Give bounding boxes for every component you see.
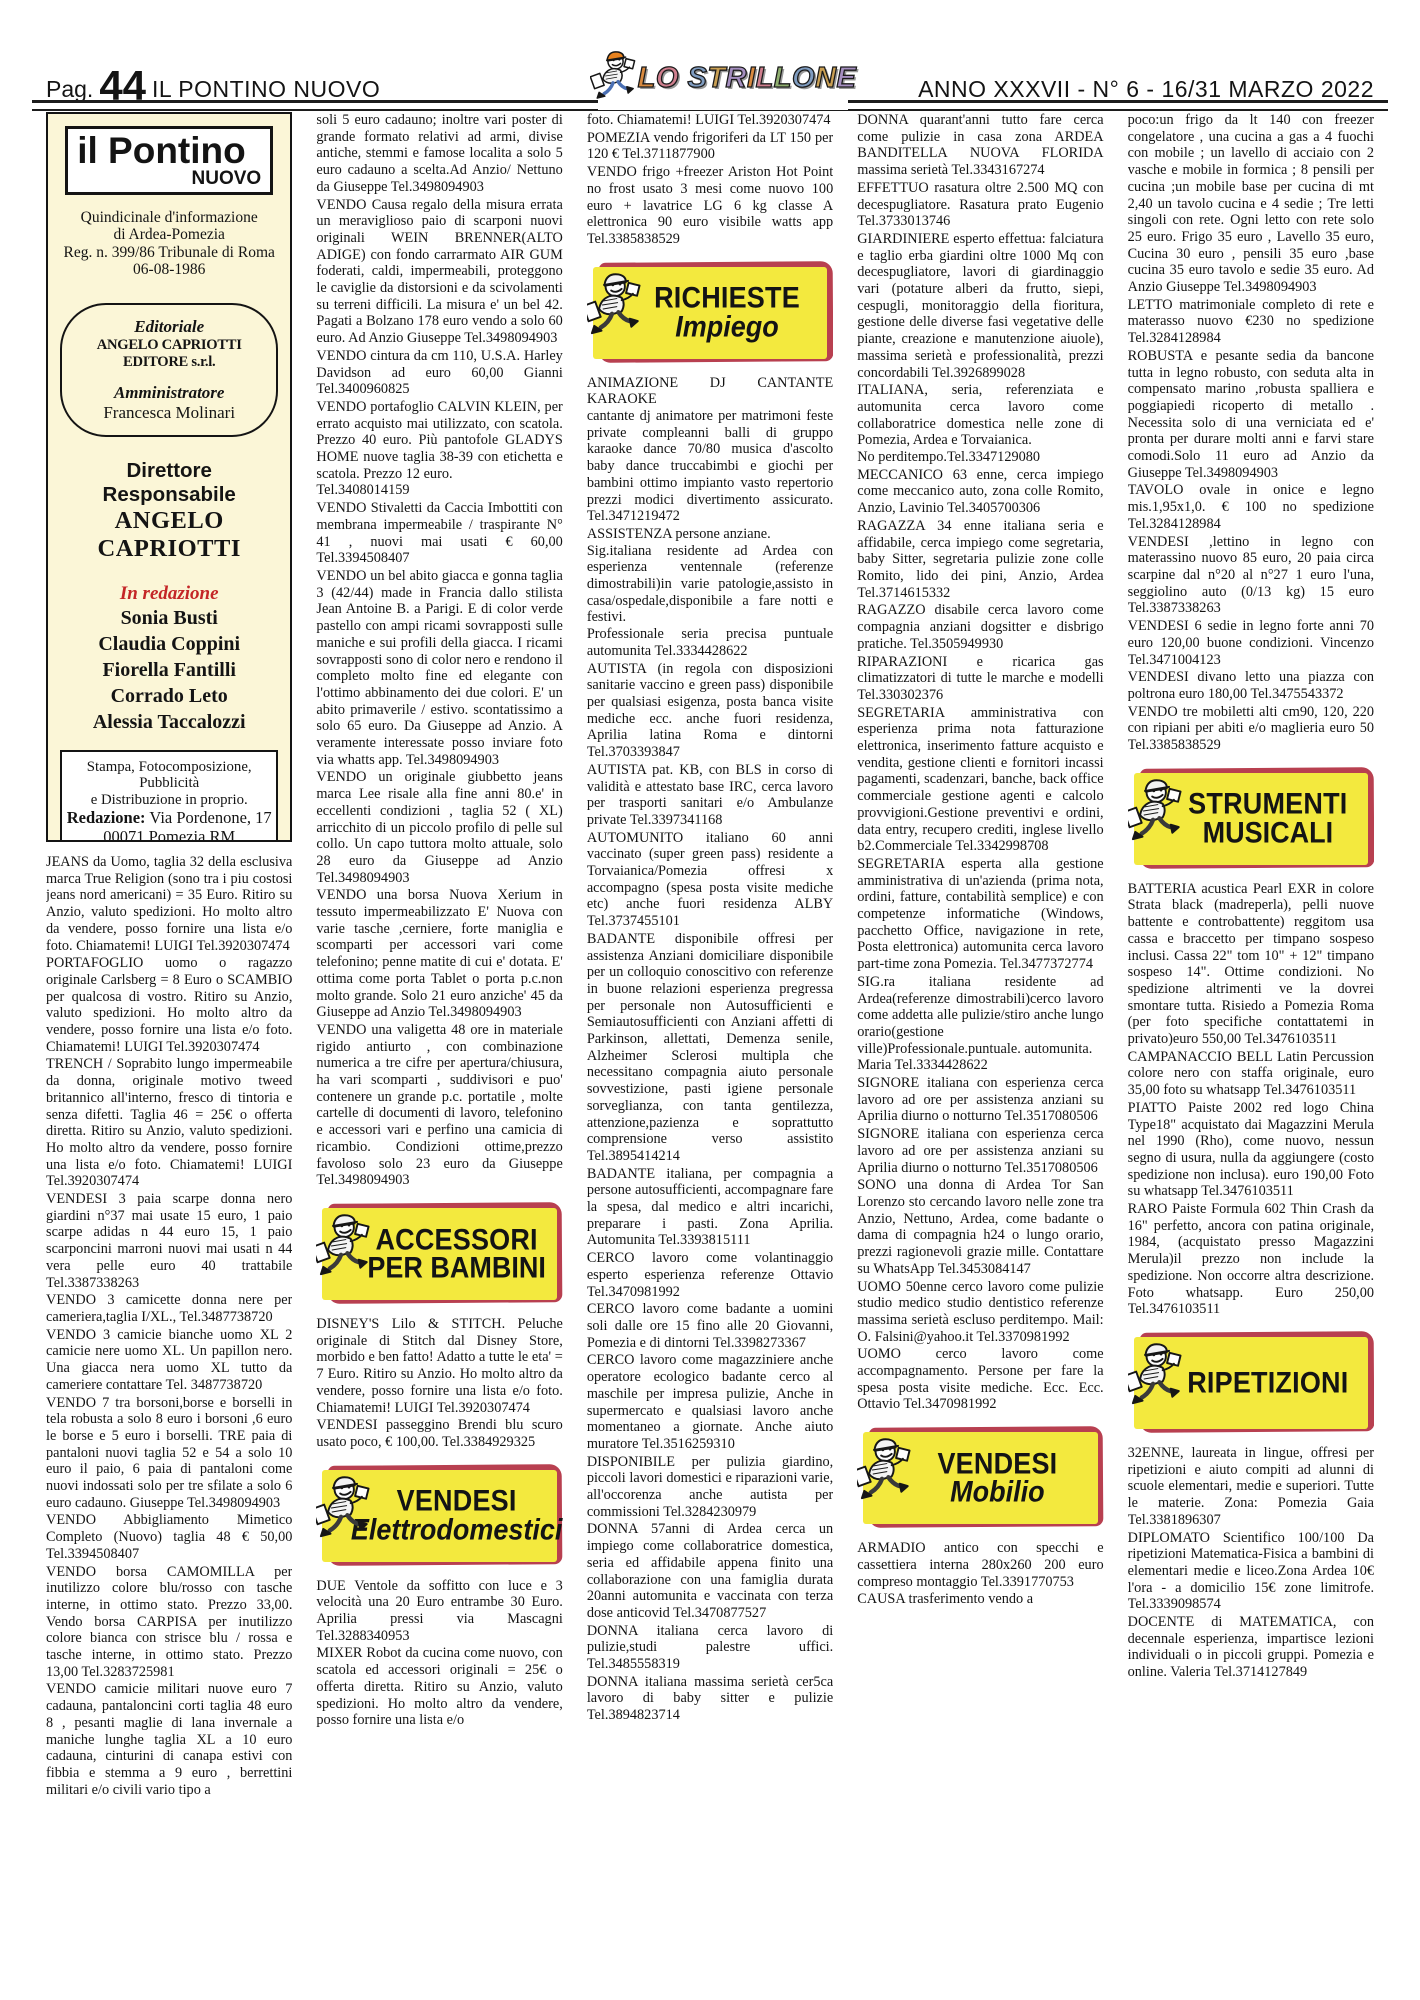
redazione-name: Corrado Leto [111,685,228,707]
section-title: RICHIESTE [654,283,800,314]
masthead-director: Direttore Responsabile ANGELO CAPRIOTTI [58,459,280,563]
stampa-line: e Distribuzione in proprio. [66,792,272,809]
column-3: foto. Chiamatemi! LUIGI Tel.3920307474PO… [587,112,833,1990]
classified-ad: CERCO lavoro come badante a uomini soli … [587,1301,833,1351]
newsboy-icon [857,1433,911,1512]
classified-ad: VENDO Stivaletti da Caccia Imbottiti con… [316,500,562,567]
classified-ad: SONO una donna di Ardea Tor San Lorenzo … [857,1177,1103,1277]
logo-letter: L [774,62,792,94]
classified-ad: RIPARAZIONI e ricarica gas climatizzator… [857,654,1103,704]
newsboy-icon [316,1209,370,1288]
classified-ad: SIGNORE italiana con esperienza cerca la… [857,1075,1103,1125]
classified-ad: DONNA italiana massima serietà cer5ca la… [587,1674,833,1724]
masthead-title: il Pontino [77,132,261,169]
editoriale-name: ANGELO CAPRIOTTI EDITORE s.r.l. [70,337,268,371]
column-2-flow: soli 5 euro cadauno; inoltre vari poster… [316,112,562,1729]
logo-letter: E [837,62,857,94]
logo-letter: O [792,62,815,94]
classified-ad: AUTISTA pat. KB, con BLS in corso di val… [587,762,833,829]
redazione-name: Fiorella Fantilli [102,659,236,681]
newsboy-icon [1128,1338,1182,1417]
newsboy-icon [587,268,641,347]
classified-ad: CAUSA trasferimento vendo a [857,1591,1103,1608]
classified-ad: 32ENNE, laureata in lingue, offresi per … [1128,1445,1374,1529]
classified-ad: ANIMAZIONE DJ CANTANTE KARAOKE cantante … [587,375,833,525]
classified-ad: ROBUSTA e pesante sedia da bancone tutta… [1128,348,1374,482]
classified-ad: VENDO frigo +freezer Ariston Hot Point n… [587,164,833,248]
redazione-name: Alessia Taccalozzi [93,711,246,733]
classified-ad: TRENCH / Soprabito lungo impermeabile da… [46,1056,292,1190]
section-subtitle: MUSICALI [1203,818,1334,849]
redazione-address: Redazione: Via Pordenone, 17 [66,808,272,827]
masthead-info-line: Quindicinale d'informazione [81,209,258,226]
classified-ad: DONNA italiana cerca lavoro di pulizie,s… [587,1623,833,1673]
classified-ad: BATTERIA acustica Pearl EXR in colore St… [1128,881,1374,1048]
classified-ad: VENDO borsa CAMOMILLA per inutilizzo col… [46,1564,292,1681]
classified-ad: UOMO 50enne cerco lavoro come pulizie st… [857,1279,1103,1346]
amministratore-name: Francesca Molinari [70,403,268,423]
classified-ad: MECCANICO 63 enne, cerca impiego come me… [857,467,1103,517]
logo-letter: O [656,62,679,94]
logo-letter: R [726,62,747,94]
classified-ad: DISNEY'S Lilo & STITCH. Peluche original… [316,1316,562,1416]
section-title: RIPETIZIONI [1187,1368,1348,1399]
classified-ad: VENDO 7 tra borsoni,borse e borselli in … [46,1395,292,1512]
classified-ad: CERCO lavoro come magazziniere anche ope… [587,1352,833,1452]
redazione-name: Claudia Coppini [98,633,240,655]
classified-ad: VENDO 3 camicie bianche uomo XL 2 camici… [46,1327,292,1394]
redazione-address-value: Via Pordenone, 17 [149,808,271,827]
classified-ad: VENDESI divano letto una piazza con polt… [1128,669,1374,702]
classified-ad: CAMPANACCIO BELL Latin Percussion colore… [1128,1049,1374,1099]
classified-ad: VENDO camicie militari nuove euro 7 cada… [46,1681,292,1798]
classified-ad: LETTO matrimoniale completo di rete e ma… [1128,297,1374,347]
logo-letter: N [815,62,836,94]
column-1-flow: JEANS da Uomo, taglia 32 della esclusiva… [46,854,292,1798]
section-subtitle: Impiego [675,311,779,342]
newsboy-icon [590,47,636,110]
classified-ad: AUTISTA (in regola con disposizioni sani… [587,661,833,761]
redazione-address-label: Redazione: [67,808,146,827]
newspaper-page: Pag. 44 IL PONTINO NUOVO ANNO XXXVII - N… [0,0,1420,2000]
classified-ad: JEANS da Uomo, taglia 32 della esclusiva… [46,854,292,954]
classified-ad: VENDO Abbigliamento Mimetico Completo (N… [46,1512,292,1562]
logo-letter: L [756,62,774,94]
classified-ad: DUE Ventole da soffitto con luce e 3 vel… [316,1578,562,1645]
column-2: soli 5 euro cadauno; inoltre vari poster… [316,112,562,1990]
redazione-names: Sonia Busti Claudia Coppini Fiorella Fan… [93,605,246,735]
masthead-contact-box: Stampa, Fotocomposizione, Pubblicità e D… [60,750,278,842]
classified-ad: GIARDINIERE esperto effettua: falciatura… [857,231,1103,381]
section-subtitle: PER BAMBINI [367,1253,546,1284]
classified-ad: ASSISTENZA persone anziane. Sig.italiana… [587,526,833,660]
classified-ad: VENDO un originale giubbetto jeans marca… [316,769,562,886]
section-header-vendesi-mobilio: VENDESIMobilio [857,1425,1103,1531]
columns-container: il Pontino NUOVO Quindicinale d'informaz… [46,112,1374,1990]
editoriale-label: Editoriale [70,317,268,337]
amministratore-label: Amministratore [70,383,268,403]
masthead-subtitle: NUOVO [77,169,261,190]
section-title: VENDESI [397,1486,517,1517]
classified-ad: VENDO 3 camicette donna nere per camerie… [46,1292,292,1325]
classified-ad: PIATTO Paiste 2002 red logo China Type18… [1128,1100,1374,1200]
section-header-accessori-per-bambini: ACCESSORIPER BAMBINI [316,1201,562,1307]
page-header-left: Pag. 44 IL PONTINO NUOVO [46,68,380,104]
redazione-name: Sonia Busti [121,607,218,629]
redazione-label: In redazione [120,583,219,605]
masthead-info-line: 06-08-1986 [133,261,205,278]
classified-ad: VENDESI 6 sedie in legno forte anni 70 e… [1128,618,1374,668]
section-subtitle: Mobilio [950,1477,1044,1508]
logo-letter: I [747,62,756,94]
classified-ad: SEGRETARIA esperta alla gestione amminis… [857,856,1103,973]
classified-ad: VENDO cintura da cm 110, U.S.A. Harley D… [316,348,562,398]
classified-ad: SEGRETARIA amministrativa con esperienza… [857,705,1103,855]
classified-ad: BADANTE disponibile offresi per assisten… [587,931,833,1165]
logo-letter: T [707,62,725,94]
classified-ad: VENDO Causa regalo della misura errata u… [316,197,562,347]
classified-ad: ARMADIO antico con specchi e cassettiera… [857,1540,1103,1590]
masthead-box: il Pontino NUOVO Quindicinale d'informaz… [46,112,292,842]
classified-ad: BADANTE italiana, per compagnia a person… [587,1166,833,1250]
masthead-info-line: di Ardea-Pomezia [113,226,224,243]
classified-ad: SIGNORE italiana con esperienza cerca la… [857,1126,1103,1176]
newsboy-icon [316,1471,370,1550]
logo-letter: S [687,62,707,94]
city-line: 00071 Pomezia RM [66,827,272,842]
section-header-richieste-impiego: RICHIESTEImpiego [587,260,833,366]
classified-ad: RAGAZZO disabile cerca lavoro come compa… [857,602,1103,652]
classified-ad: DISPONIBILE per pulizia giardino, piccol… [587,1454,833,1521]
page-number: 44 [99,68,146,104]
column-5-flow: poco:un frigo da lt 140 con freezer cong… [1128,112,1374,1681]
classified-ad: VENDO una borsa Nuova Xerium in tessuto … [316,887,562,1021]
strillone-logo: LO STRILLONE [598,46,848,110]
classified-ad: soli 5 euro cadauno; inoltre vari poster… [316,112,562,196]
section-header-strumenti-musicali: STRUMENTIMUSICALI [1128,766,1374,872]
section-title: VENDESI [937,1449,1057,1480]
masthead-info: Quindicinale d'informazione di Ardea-Pom… [63,209,274,279]
classified-ad: ITALIANA, seria, referenziata e automuni… [857,382,1103,466]
section-title: STRUMENTI [1188,789,1347,820]
classified-ad: RARO Paiste Formula 602 Thin Crash da 16… [1128,1201,1374,1318]
section-title: ACCESSORI [375,1225,537,1256]
classified-ad: VENDO tre mobiletti alti cm90, 120, 220 … [1128,704,1374,754]
classified-ad: poco:un frigo da lt 140 con freezer cong… [1128,112,1374,296]
masthead-logo: il Pontino NUOVO [65,126,273,195]
column-1: il Pontino NUOVO Quindicinale d'informaz… [46,112,292,1990]
classified-ad: VENDESI 3 paia scarpe donna nero giardin… [46,1191,292,1291]
classified-ad: MIXER Robot da cucina come nuovo, con sc… [316,1645,562,1729]
section-header-vendesi-elettrodomestici: VENDESIElettrodomestici [316,1463,562,1569]
classified-ad: TAVOLO ovale in onice e legno mis.1,95x1… [1128,482,1374,532]
logo-text: LO STRILLONE [638,62,857,95]
classified-ad: VENDO portafoglio CALVIN KLEIN, per erra… [316,399,562,499]
classified-ad: DONNA 57anni di Ardea cerca un impiego c… [587,1521,833,1621]
classified-ad: VENDESI ,lettino in legno con materassin… [1128,534,1374,618]
classified-ad: DOCENTE di MATEMATICA, con decennale esp… [1128,1614,1374,1681]
logo-letter: L [638,62,656,94]
classified-ad: VENDESI passeggino Brendi blu scuro usat… [316,1417,562,1450]
classified-ad: VENDO un bel abito giacca e gonna taglia… [316,568,562,768]
classified-ad: foto. Chiamatemi! LUIGI Tel.3920307474 [587,112,833,129]
masthead-info-line: Reg. n. 399/86 Tribunale di Roma [63,244,274,261]
section-header-ripetizioni: RIPETIZIONI [1128,1330,1374,1436]
classified-ad: VENDO una valigetta 48 ore in materiale … [316,1022,562,1189]
classified-ad: EFFETTUO rasatura oltre 2.500 MQ con dec… [857,180,1103,230]
column-4-flow: DONNA quarant'anni tutto fare cerca come… [857,112,1103,1608]
direttore-label: Direttore Responsabile [58,459,280,507]
classified-ad: DIPLOMATO Scientifico 100/100 Da ripetiz… [1128,1530,1374,1614]
direttore-name: ANGELO CAPRIOTTI [58,507,280,563]
classified-ad: CERCO lavoro come volantinaggio esperto … [587,1250,833,1300]
classified-ad: UOMO cerco lavoro come accompagnamento. … [857,1346,1103,1413]
column-3-flow: foto. Chiamatemi! LUIGI Tel.3920307474PO… [587,112,833,1724]
stampa-line: Stampa, Fotocomposizione, Pubblicità [66,759,272,792]
classified-ad: RAGAZZA 34 enne italiana seria e affidab… [857,518,1103,602]
column-5: poco:un frigo da lt 140 con freezer cong… [1128,112,1374,1990]
classified-ad: SIG.ra italiana residente ad Ardea(refer… [857,974,1103,1074]
section-subtitle: Elettrodomestici [351,1514,563,1545]
masthead-editorial-box: Editoriale ANGELO CAPRIOTTI EDITORE s.r.… [60,303,278,437]
classified-ad: PORTAFOGLIO uomo o ragazzo originale Car… [46,955,292,1055]
newsboy-icon [1128,774,1182,853]
classified-ad: POMEZIA vendo frigoriferi da LT 150 per … [587,130,833,163]
classified-ad: AUTOMUNITO italiano 60 anni vaccinato (s… [587,830,833,930]
column-4: DONNA quarant'anni tutto fare cerca come… [857,112,1103,1990]
classified-ad: DONNA quarant'anni tutto fare cerca come… [857,112,1103,179]
